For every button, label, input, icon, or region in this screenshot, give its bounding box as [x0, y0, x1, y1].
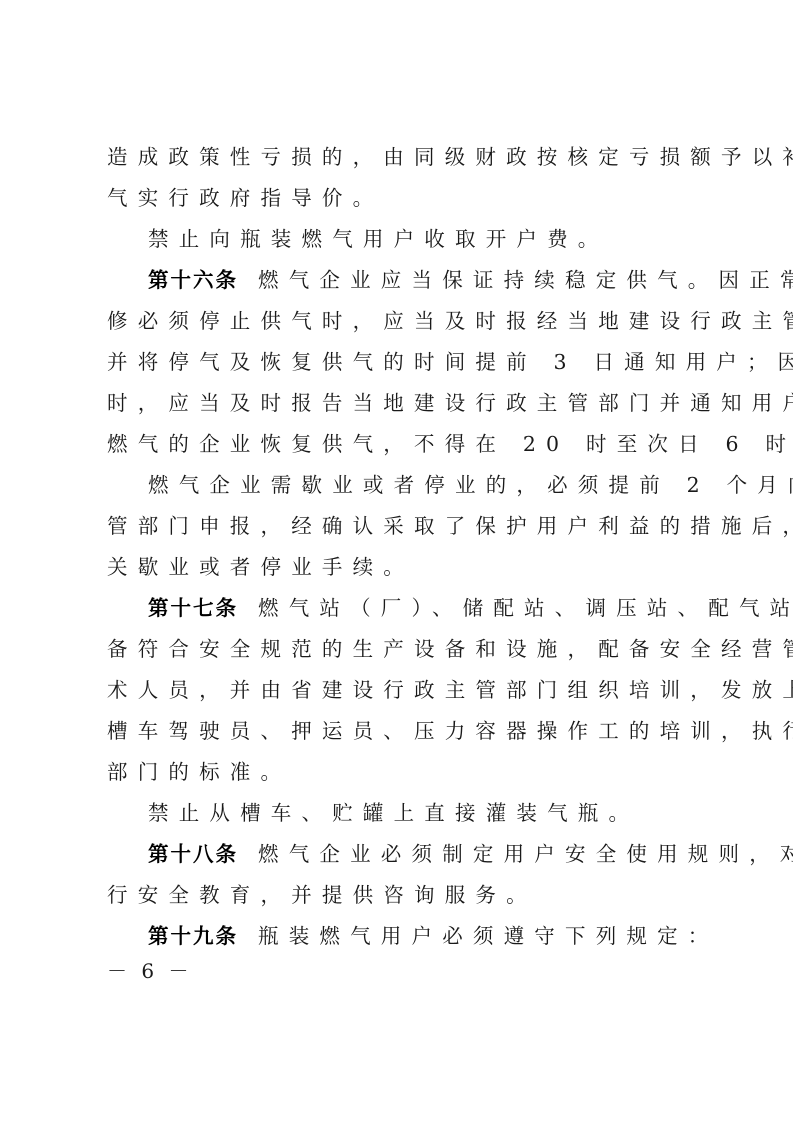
- paragraph: 造成政策性亏损的，由同级财政按核定亏损额予以补贴。其他燃 气实行政府指导价。: [107, 137, 693, 219]
- paragraph: 禁止向瓶装燃气用户收取开户费。: [107, 219, 693, 260]
- paragraph: 燃气企业需歇业或者停业的，必须提前 2 个月向建设行政主 管部门申报，经确认采取…: [107, 465, 693, 588]
- text-line: 燃气企业应当保证持续稳定供气。因正常设备检: [258, 268, 793, 292]
- article-number: 第十七条: [148, 596, 238, 620]
- article-19: 第十九条瓶装燃气用户必须遵守下列规定：: [107, 916, 693, 957]
- text-line: 燃气的企业恢复供气，不得在 20 时至次日 6 时期间进行。: [107, 424, 693, 465]
- text-line: 管部门申报，经确认采取了保护用户利益的措施后，方可办理有: [107, 506, 693, 547]
- article-first-line: 第十八条燃气企业必须制定用户安全使用规则，对用户进: [107, 834, 693, 875]
- article-first-line: 第十六条燃气企业应当保证持续稳定供气。因正常设备检: [107, 260, 693, 301]
- text-line: 燃气企业必须制定用户安全使用规则，对用户进: [258, 842, 793, 866]
- page-number: － 6 －: [107, 955, 192, 984]
- text-line: 备符合安全规范的生产设备和设施，配备安全经营管理人员和技: [107, 629, 693, 670]
- paragraph: 禁止从槽车、贮罐上直接灌装气瓶。: [107, 793, 693, 834]
- text-line: 行安全教育，并提供咨询服务。: [107, 875, 693, 916]
- text-line: 禁止向瓶装燃气用户收取开户费。: [107, 219, 693, 260]
- text-line: 关歇业或者停业手续。: [107, 547, 693, 588]
- article-number: 第十六条: [148, 268, 238, 292]
- article-number: 第十九条: [148, 924, 238, 948]
- article-number: 第十八条: [148, 842, 238, 866]
- text-line: 槽车驾驶员、押运员、压力容器操作工的培训，执行劳动、公安: [107, 711, 693, 752]
- text-line: 燃气企业需歇业或者停业的，必须提前 2 个月向建设行政主: [107, 465, 693, 506]
- text-line: 造成政策性亏损的，由同级财政按核定亏损额予以补贴。其他燃: [107, 137, 693, 178]
- text-line: 术人员，并由省建设行政主管部门组织培训，发放上岗证。燃气: [107, 670, 693, 711]
- text-line: 修必须停止供气时，应当及时报经当地建设行政主管部门批准，: [107, 301, 693, 342]
- article-17: 第十七条燃气站（厂）、储配站、调压站、配气站必须具 备符合安全规范的生产设备和设…: [107, 588, 693, 793]
- article-first-line: 第十七条燃气站（厂）、储配站、调压站、配气站必须具: [107, 588, 693, 629]
- text-line: 时，应当及时报告当地建设行政主管部门并通知用户。供应管道: [107, 383, 693, 424]
- document-body: 造成政策性亏损的，由同级财政按核定亏损额予以补贴。其他燃 气实行政府指导价。 禁…: [107, 137, 693, 957]
- text-line: 部门的标准。: [107, 752, 693, 793]
- article-first-line: 第十九条瓶装燃气用户必须遵守下列规定：: [107, 916, 693, 957]
- text-line: 瓶装燃气用户必须遵守下列规定：: [258, 924, 719, 948]
- article-18: 第十八条燃气企业必须制定用户安全使用规则，对用户进 行安全教育，并提供咨询服务。: [107, 834, 693, 916]
- text-line: 气实行政府指导价。: [107, 178, 693, 219]
- article-16: 第十六条燃气企业应当保证持续稳定供气。因正常设备检 修必须停止供气时，应当及时报…: [107, 260, 693, 465]
- text-line: 燃气站（厂）、储配站、调压站、配气站必须具: [258, 596, 793, 620]
- text-line: 禁止从槽车、贮罐上直接灌装气瓶。: [107, 793, 693, 834]
- text-line: 并将停气及恢复供气的时间提前 3 日通知用户；因事故造成停气: [107, 342, 693, 383]
